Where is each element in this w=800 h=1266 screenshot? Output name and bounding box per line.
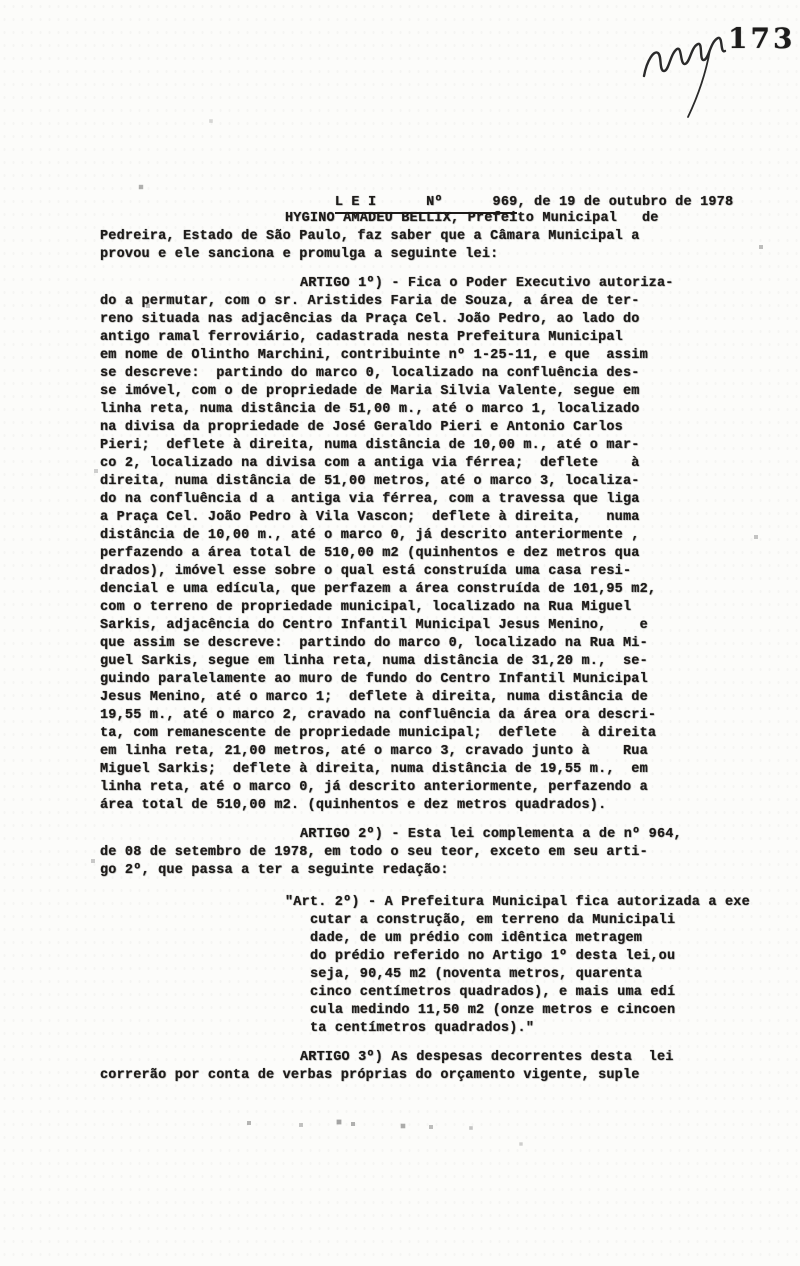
text-line: de 08 de setembro de 1978, em todo o seu… <box>100 844 740 862</box>
text-line: distância de 10,00 m., até o marco 0, já… <box>100 527 740 545</box>
text-line: guindo paralelamente ao muro de fundo do… <box>100 671 740 689</box>
text-line: se descreve: partindo do marco 0, locali… <box>100 365 740 383</box>
page-number: 173 <box>728 22 795 55</box>
text-line: "Art. 2º) - A Prefeitura Municipal fica … <box>310 894 740 912</box>
text-line: linha reta, até o marco 0, já descrito a… <box>100 779 740 797</box>
text-line: linha reta, numa distância de 51,00 m., … <box>100 401 740 419</box>
text-line: em linha reta, 21,00 metros, até o marco… <box>100 743 740 761</box>
text-line: Pedreira, Estado de São Paulo, faz saber… <box>100 228 740 246</box>
text-line: seja, 90,45 m2 (noventa metros, quarenta <box>310 966 740 984</box>
text-line: ta, com remanescente de propriedade muni… <box>100 725 740 743</box>
text-line: guel Sarkis, segue em linha reta, numa d… <box>100 653 740 671</box>
text-line: direita, numa distância de 51,00 metros,… <box>100 473 740 491</box>
text-line: a Praça Cel. João Pedro à Vila Vascon; d… <box>100 509 740 527</box>
text-line: dencial e uma edícula, que perfazem a ár… <box>100 581 740 599</box>
artigo-1-paragraph: ARTIGO 1º) - Fica o Poder Executivo auto… <box>100 275 740 815</box>
text-line: cinco centímetros quadrados), e mais uma… <box>310 984 740 1002</box>
scanned-document-page: 173 L E I Nº 969, de 19 de outubro de 19… <box>0 0 800 1266</box>
text-line: co 2, localizado na divisa com a antiga … <box>100 455 740 473</box>
text-line: 19,55 m., até o marco 2, cravado na conf… <box>100 707 740 725</box>
text-line: provou e ele sanciona e promulga a segui… <box>100 246 740 264</box>
text-line: ARTIGO 1º) - Fica o Poder Executivo auto… <box>100 275 740 293</box>
text-line: perfazendo a área total de 510,00 m2 (qu… <box>100 545 740 563</box>
text-line: dade, de um prédio com idêntica metragem <box>310 930 740 948</box>
preamble-paragraph: HYGINO AMADEU BELLIX, Prefeito Municipal… <box>100 210 740 264</box>
quoted-art-2-block: "Art. 2º) - A Prefeitura Municipal fica … <box>310 894 740 1038</box>
text-line: antigo ramal ferroviário, cadastrada nes… <box>100 329 740 347</box>
law-title: L E I Nº 969, de 19 de outubro de 1978 <box>100 176 740 198</box>
text-line: se imóvel, com o de propriedade de Maria… <box>100 383 740 401</box>
text-line: em nome de Olintho Marchini, contribuint… <box>100 347 740 365</box>
text-line: do prédio referido no Artigo 1º desta le… <box>310 948 740 966</box>
text-line: na divisa da propriedade de José Geraldo… <box>100 419 740 437</box>
artigo-2-paragraph: ARTIGO 2º) - Esta lei complementa a de n… <box>100 826 740 880</box>
text-line: ARTIGO 2º) - Esta lei complementa a de n… <box>100 826 740 844</box>
text-line: área total de 510,00 m2. (quinhentos e d… <box>100 797 740 815</box>
text-line: ARTIGO 3º) As despesas decorrentes desta… <box>100 1049 740 1067</box>
text-line: cula medindo 11,50 m2 (onze metros e cin… <box>310 1002 740 1020</box>
text-line: do na confluência d a antiga via férrea,… <box>100 491 740 509</box>
scan-artifacts <box>0 0 2 2</box>
law-title-date: , de 19 de outubro de 1978 <box>517 195 733 210</box>
text-line: reno situada nas adjacências da Praça Ce… <box>100 311 740 329</box>
text-line: Jesus Menino, até o marco 1; deflete à d… <box>100 689 740 707</box>
law-document-text: L E I Nº 969, de 19 de outubro de 1978 H… <box>100 176 740 1085</box>
text-line: go 2º, que passa a ter a seguinte redaçã… <box>100 862 740 880</box>
text-line: drados), imóvel esse sobre o qual está c… <box>100 563 740 581</box>
text-line: com o terreno de propriedade municipal, … <box>100 599 740 617</box>
text-line: HYGINO AMADEU BELLIX, Prefeito Municipal… <box>100 210 740 228</box>
text-line: Miguel Sarkis; deflete à direita, numa d… <box>100 761 740 779</box>
artigo-3-paragraph: ARTIGO 3º) As despesas decorrentes desta… <box>100 1049 740 1085</box>
text-line: ta centímetros quadrados)." <box>310 1020 740 1038</box>
text-line: Sarkis, adjacência do Centro Infantil Mu… <box>100 617 740 635</box>
text-line: que assim se descreve: partindo do marco… <box>100 635 740 653</box>
text-line: do a permutar, com o sr. Aristides Faria… <box>100 293 740 311</box>
text-line: correrão por conta de verbas próprias do… <box>100 1067 740 1085</box>
text-line: cutar a construção, em terreno da Munici… <box>310 912 740 930</box>
text-line: Pieri; deflete à direita, numa distância… <box>100 437 740 455</box>
